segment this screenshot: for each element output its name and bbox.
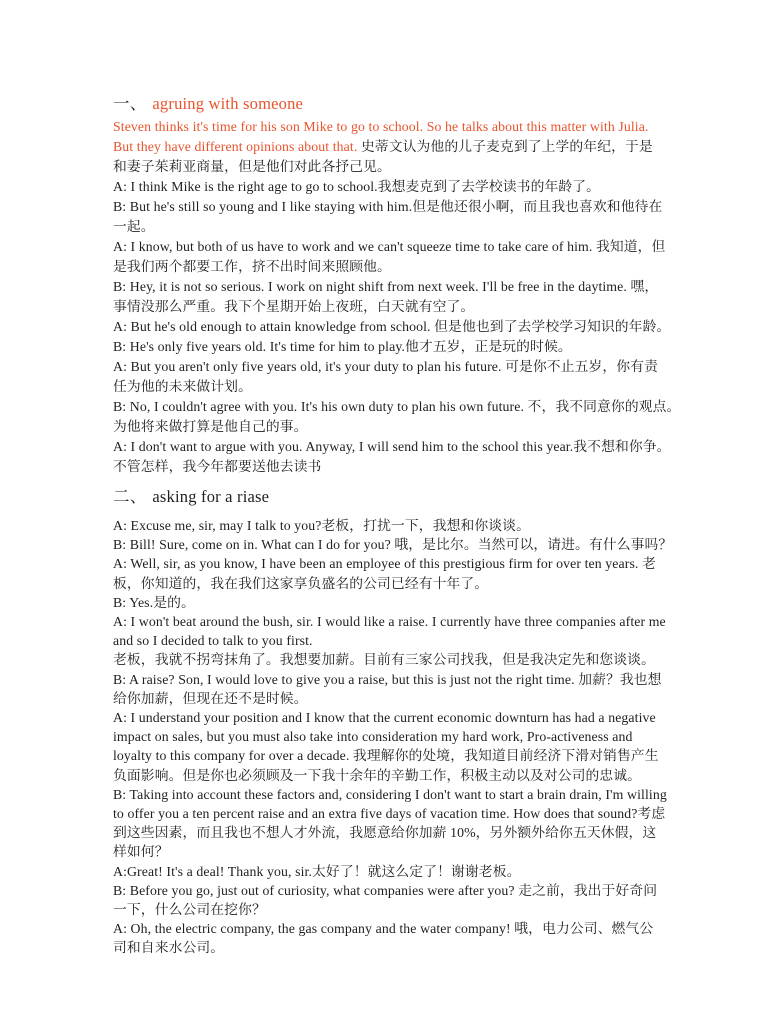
text-line: A:Great! It's a deal! Thank you, sir.太好了… xyxy=(113,862,669,881)
dialogue-text-segment: 板，你知道的，我在我们这家享负盛名的公司已经有十年了。 xyxy=(113,576,488,591)
dialogue-text-segment: B: He's only five years old. It's time f… xyxy=(113,339,572,354)
text-line: A: Oh, the electric company, the gas com… xyxy=(113,919,669,938)
dialogue-text-segment: B: Taking into account these factors and… xyxy=(113,787,667,802)
text-line: 是我们两个都要工作，挤不出时间来照顾他。 xyxy=(113,257,669,277)
text-line: 板，你知道的，我在我们这家享负盛名的公司已经有十年了。 xyxy=(113,574,669,593)
section-2-dialogue: A: Excuse me, sir, may I talk to you?老板，… xyxy=(113,516,669,958)
dialogue-text-segment: 一起。 xyxy=(113,219,155,234)
section-2-heading-title: asking for a riase xyxy=(152,487,269,506)
dialogue-text-segment: B: Before you go, just out of curiosity,… xyxy=(113,883,657,898)
section-1-heading: 一、agruing with someone xyxy=(113,93,669,115)
dialogue-text-segment: B: Yes.是的。 xyxy=(113,595,195,610)
text-line: 一起。 xyxy=(113,217,669,237)
intro-text-segment: But they have different opinions about t… xyxy=(113,139,361,154)
dialogue-text-segment: B: But he's still so young and I like st… xyxy=(113,199,662,214)
dialogue-text-segment: B: Hey, it is not so serious. I work on … xyxy=(113,279,658,294)
dialogue-text-segment: loyalty to this company for over a decad… xyxy=(113,748,659,763)
section-2-heading-number: 二、 xyxy=(113,487,146,506)
dialogue-text-segment: A: Oh, the electric company, the gas com… xyxy=(113,921,653,936)
text-line: 司和自来水公司。 xyxy=(113,938,669,957)
section-1-dialogue: Steven thinks it's time for his son Mike… xyxy=(113,117,669,477)
text-line: B: A raise? Son, I would love to give yo… xyxy=(113,670,669,689)
dialogue-text-segment: A: I think Mike is the right age to go t… xyxy=(113,179,600,194)
dialogue-text-segment: 一下，什么公司在挖你？ xyxy=(113,902,266,917)
dialogue-text-segment: 是我们两个都要工作，挤不出时间来照顾他。 xyxy=(113,259,391,274)
text-line: 给你加薪，但现在还不是时候。 xyxy=(113,689,669,708)
text-line: B: Hey, it is not so serious. I work on … xyxy=(113,277,669,297)
dialogue-text-segment: A: I know, but both of us have to work a… xyxy=(113,239,665,254)
text-line: B: No, I couldn't agree with you. It's h… xyxy=(113,397,669,417)
dialogue-text-segment: 老板，我就不拐弯抹角了。我想要加薪。目前有三家公司找我，但是我决定先和您谈谈。 xyxy=(113,652,655,667)
dialogue-text-segment: B: Bill! Sure, come on in. What can I do… xyxy=(113,537,672,552)
text-line: 和妻子茱莉亚商量，但是他们对此各抒己见。 xyxy=(113,157,669,177)
text-line: B: Bill! Sure, come on in. What can I do… xyxy=(113,535,669,554)
text-line: 任为他的未来做计划。 xyxy=(113,377,669,397)
dialogue-text-segment: B: A raise? Son, I would love to give yo… xyxy=(113,672,662,687)
dialogue-text-segment: 为他将来做打算是他自己的事。 xyxy=(113,419,308,434)
dialogue-text-segment: A: I won't beat around the bush, sir. I … xyxy=(113,614,666,629)
dialogue-text-segment: 不管怎样，我今年都要送他去读书 xyxy=(113,459,321,474)
text-line: 老板，我就不拐弯抹角了。我想要加薪。目前有三家公司找我，但是我决定先和您谈谈。 xyxy=(113,650,669,669)
dialogue-text-segment: B: No, I couldn't agree with you. It's h… xyxy=(113,399,680,414)
text-line: B: Yes.是的。 xyxy=(113,593,669,612)
text-line: impact on sales, but you must also take … xyxy=(113,727,669,746)
dialogue-text-segment: A: But he's old enough to attain knowled… xyxy=(113,319,670,334)
text-line: A: I won't beat around the bush, sir. I … xyxy=(113,612,669,631)
dialogue-text-segment: A: I don't want to argue with you. Anywa… xyxy=(113,439,671,454)
dialogue-text-segment: 给你加薪，但现在还不是时候。 xyxy=(113,691,308,706)
dialogue-text-segment: A: Excuse me, sir, may I talk to you?老板，… xyxy=(113,518,530,533)
text-line: 到这些因素，而且我也不想人才外流，我愿意给你加薪 10%，另外额外给你五天休假，… xyxy=(113,823,669,842)
text-line: B: He's only five years old. It's time f… xyxy=(113,337,669,357)
dialogue-text-segment: to offer you a ten percent raise and an … xyxy=(113,806,665,821)
text-line: and so I decided to talk to you first. xyxy=(113,631,669,650)
text-line: B: Before you go, just out of curiosity,… xyxy=(113,881,669,900)
dialogue-text-segment: impact on sales, but you must also take … xyxy=(113,729,632,744)
text-line: A: I understand your position and I know… xyxy=(113,708,669,727)
dialogue-text-segment: 史蒂文认为他的儿子麦克到了上学的年纪，于是 xyxy=(361,139,653,154)
document-canvas: 一、agruing with someone Steven thinks it'… xyxy=(0,0,768,1024)
dialogue-text-segment: and so I decided to talk to you first. xyxy=(113,633,313,648)
text-line: B: Taking into account these factors and… xyxy=(113,785,669,804)
dialogue-text-segment: A: Well, sir, as you know, I have been a… xyxy=(113,556,656,571)
dialogue-text-segment: 事情没那么严重。我下个星期开始上夜班，白天就有空了。 xyxy=(113,299,474,314)
dialogue-text-segment: 到这些因素，而且我也不想人才外流，我愿意给你加薪 10%，另外额外给你五天休假，… xyxy=(113,825,656,840)
text-line: Steven thinks it's time for his son Mike… xyxy=(113,117,669,137)
dialogue-text-segment: 司和自来水公司。 xyxy=(113,940,224,955)
dialogue-text-segment: 样如何？ xyxy=(113,844,169,859)
text-line: A: I don't want to argue with you. Anywa… xyxy=(113,437,669,457)
text-line: A: But he's old enough to attain knowled… xyxy=(113,317,669,337)
section-2-heading: 二、asking for a riase xyxy=(113,486,669,508)
dialogue-text-segment: A: I understand your position and I know… xyxy=(113,710,656,725)
dialogue-text-segment: 和妻子茱莉亚商量，但是他们对此各抒己见。 xyxy=(113,159,391,174)
text-line: 一下，什么公司在挖你？ xyxy=(113,900,669,919)
section-1-heading-title: agruing with someone xyxy=(152,94,303,113)
section-1-heading-number: 一、 xyxy=(113,94,146,113)
dialogue-text-segment: A:Great! It's a deal! Thank you, sir.太好了… xyxy=(113,864,520,879)
text-line: 不管怎样，我今年都要送他去读书 xyxy=(113,457,669,477)
text-line: A: I know, but both of us have to work a… xyxy=(113,237,669,257)
text-line: But they have different opinions about t… xyxy=(113,137,669,157)
text-line: 负面影响。但是你也必须顾及一下我十余年的辛勤工作，积极主动以及对公司的忠诚。 xyxy=(113,766,669,785)
text-line: 事情没那么严重。我下个星期开始上夜班，白天就有空了。 xyxy=(113,297,669,317)
intro-text-segment: Steven thinks it's time for his son Mike… xyxy=(113,119,648,134)
text-line: A: Well, sir, as you know, I have been a… xyxy=(113,554,669,573)
dialogue-text-segment: A: But you aren't only five years old, i… xyxy=(113,359,658,374)
text-line: loyalty to this company for over a decad… xyxy=(113,746,669,765)
text-line: B: But he's still so young and I like st… xyxy=(113,197,669,217)
dialogue-text-segment: 负面影响。但是你也必须顾及一下我十余年的辛勤工作，积极主动以及对公司的忠诚。 xyxy=(113,768,641,783)
text-line: 为他将来做打算是他自己的事。 xyxy=(113,417,669,437)
dialogue-text-segment: 任为他的未来做计划。 xyxy=(113,379,252,394)
text-line: 样如何？ xyxy=(113,842,669,861)
text-line: A: But you aren't only five years old, i… xyxy=(113,357,669,377)
text-line: A: I think Mike is the right age to go t… xyxy=(113,177,669,197)
text-line: to offer you a ten percent raise and an … xyxy=(113,804,669,823)
document-body: 一、agruing with someone Steven thinks it'… xyxy=(113,93,669,958)
text-line: A: Excuse me, sir, may I talk to you?老板，… xyxy=(113,516,669,535)
